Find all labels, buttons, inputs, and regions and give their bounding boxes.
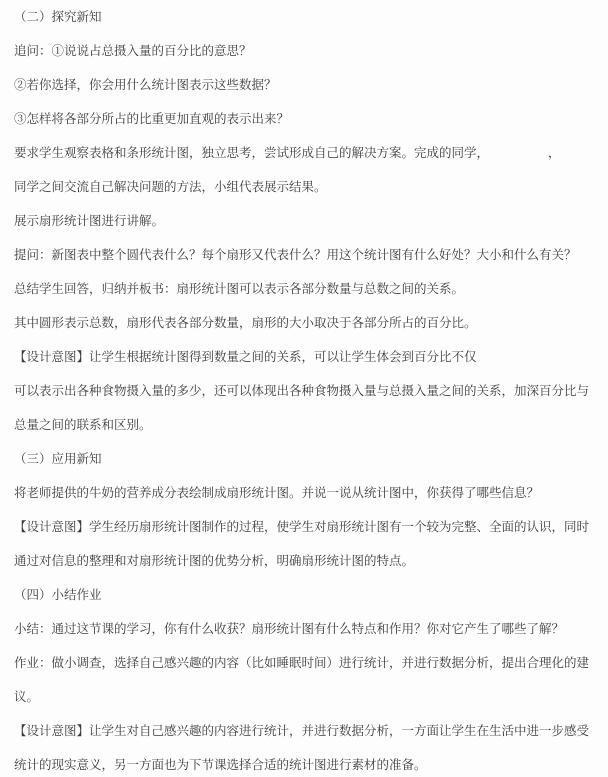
paragraph-line: 通过对信息的整理和对扇形统计图的优势分析，明确扇形统计图的特点。 [14, 544, 598, 578]
paragraph-line: 【设计意图】让学生对自己感兴趣的内容进行统计，并进行数据分析，一方面让学生在生活… [14, 714, 598, 748]
paragraph-line: 总结学生回答，归纳并板书：扇形统计图可以表示各部分数量与总数之间的关系。 [14, 272, 598, 306]
paragraph-line: 统计的现实意义，另一方面也为下节课选择合适的统计图进行素材的准备。 [14, 748, 598, 777]
paragraph-line: 将老师提供的牛奶的营养成分表绘制成扇形统计图。并说一说从统计图中，你获得了哪些信… [14, 476, 598, 510]
paragraph-line: 同学之间交流自己解决问题的方法，小组代表展示结果。 [14, 170, 598, 204]
paragraph-line: 提问：新图表中整个圆代表什么？每个扇形又代表什么？用这个统计图有什么好处？大小和… [14, 238, 598, 272]
document-page: { "page": { "background": "#fdfdfd", "te… [0, 0, 608, 777]
paragraph-line: 展示扇形统计图进行讲解。 [14, 204, 598, 238]
section-heading: （三）应用新知 [14, 442, 598, 476]
paragraph-line: ③怎样将各部分所占的比重更加直观的表示出来？ [14, 102, 598, 136]
stray-comma: ， [548, 136, 561, 170]
paragraph-line: ②若你选择，你会用什么统计图表示这些数据？ [14, 68, 598, 102]
section-heading: （四）小结作业 [14, 578, 598, 612]
paragraph-line: 【设计意图】让学生根据统计图得到数量之间的关系，可以让学生体会到百分比不仅 [14, 340, 598, 374]
paragraph-line: 追问：①说说占总摄入量的百分比的意思？ [14, 34, 598, 68]
paragraph-line: 要求学生观察表格和条形统计图，独立思考，尝试形成自己的解决方案。完成的同学， ， [14, 136, 598, 170]
paragraph-line: 【设计意图】学生经历扇形统计图制作的过程，使学生对扇形统计图有一个较为完整、全面… [14, 510, 598, 544]
paragraph-line: 其中圆形表示总数，扇形代表各部分数量，扇形的大小取决于各部分所占的百分比。 [14, 306, 598, 340]
paragraph-line: 议。 [14, 680, 598, 714]
paragraph-line: 作业：做小调查，选择自己感兴趣的内容（比如睡眠时间）进行统计，并进行数据分析，提… [14, 646, 598, 680]
paragraph-line: 可以表示出各种食物摄入量的多少，还可以体现出各种食物摄入量与总摄入量之间的关系，… [14, 374, 598, 408]
paragraph-line: 小结：通过这节课的学习，你有什么收获？扇形统计图有什么特点和作用？你对它产生了哪… [14, 612, 598, 646]
paragraph-text: 要求学生观察表格和条形统计图，独立思考，尝试形成自己的解决方案。完成的同学， [14, 146, 489, 160]
paragraph-line: 总量之间的联系和区别。 [14, 408, 598, 442]
section-heading: （二）探究新知 [14, 0, 598, 34]
lesson-plan-document: （二）探究新知 追问：①说说占总摄入量的百分比的意思？ ②若你选择，你会用什么统… [0, 0, 608, 777]
